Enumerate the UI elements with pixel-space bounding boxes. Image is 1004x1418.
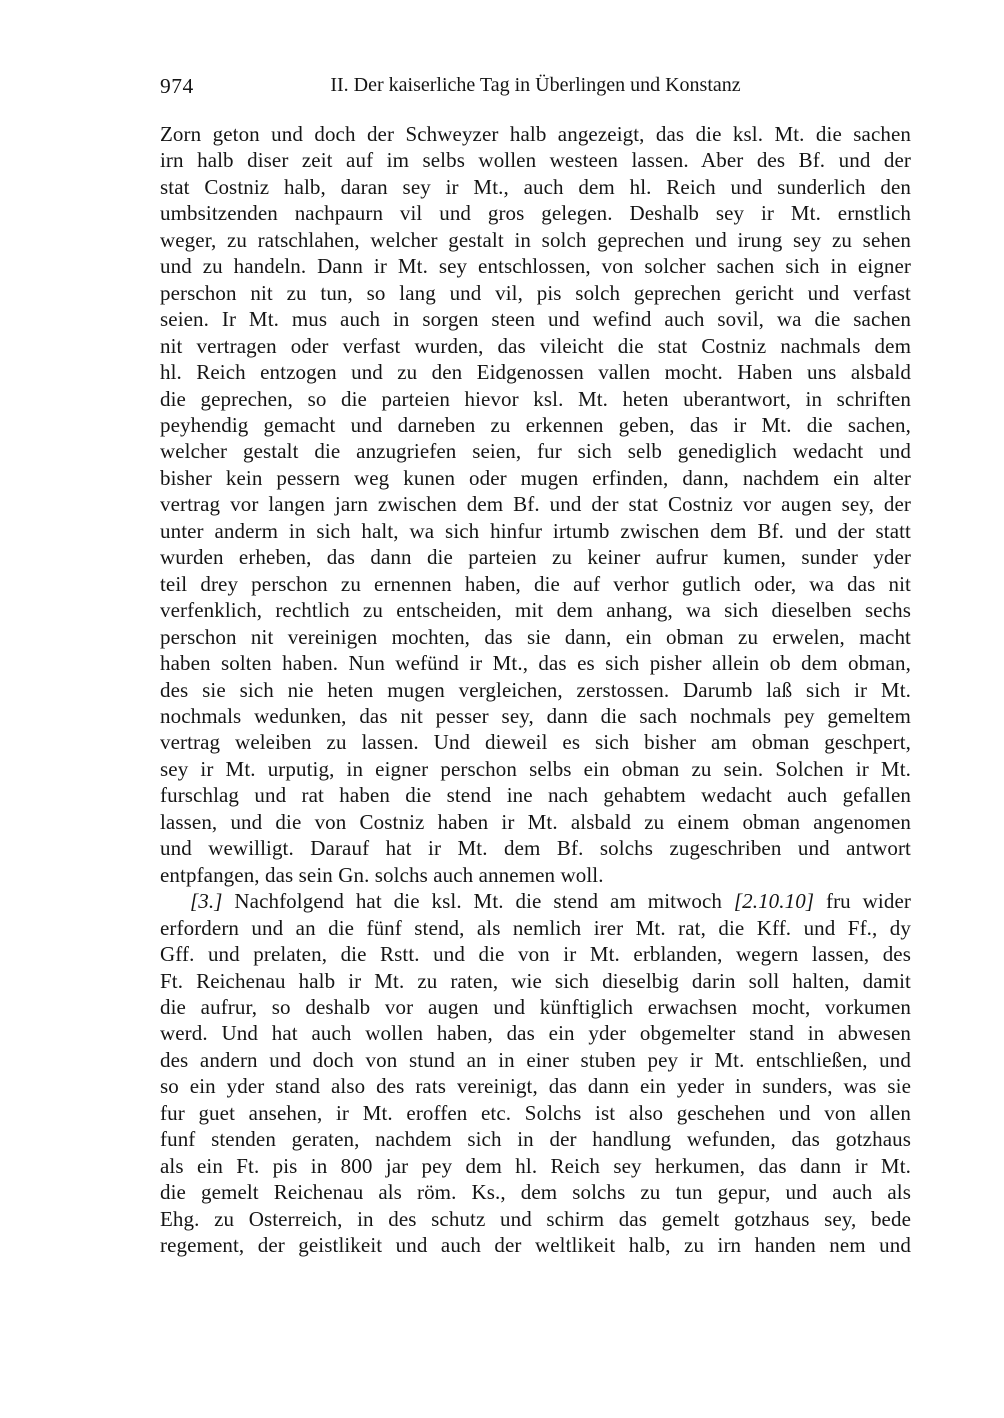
text-line: lassen, und die von Costniz haben ir Mt.…	[160, 809, 911, 835]
paragraph: Zorn geton und doch der Schweyzer halb a…	[160, 121, 911, 888]
text-line: als ein Ft. pis in 800 jar pey dem hl. R…	[160, 1153, 911, 1179]
text-line: funf stenden geraten, nachdem sich in de…	[160, 1126, 911, 1152]
text-line: und wewilligt. Darauf hat ir Mt. dem Bf.…	[160, 835, 911, 861]
text-line: des sie sich nie heten mugen vergleichen…	[160, 677, 911, 703]
text-line: und zu handeln. Dann ir Mt. sey entschlo…	[160, 253, 911, 279]
text-line: die gemelt Reichenau als röm. Ks., dem s…	[160, 1179, 911, 1205]
text-line: regement, der geistlikeit und auch der w…	[160, 1232, 911, 1258]
text-line: werd. Und hat auch wollen haben, das ein…	[160, 1020, 911, 1046]
text-line: irn halb diser zeit auf im selbs wollen …	[160, 147, 911, 173]
text-line: erfordern und an die fünf stend, als nem…	[160, 915, 911, 941]
text-line: des andern und doch von stund an in eine…	[160, 1047, 911, 1073]
text-line: unter anderm in sich halt, wa sich hinfu…	[160, 518, 911, 544]
text-line: so ein yder stand also des rats vereinig…	[160, 1073, 911, 1099]
text-line: vertrag weleiben zu lassen. Und dieweil …	[160, 729, 911, 755]
text-line: nit vertragen oder verfast wurden, das v…	[160, 333, 911, 359]
paragraph: [3.] Nachfolgend hat die ksl. Mt. die st…	[160, 888, 911, 1258]
text-line: sey ir Mt. urputig, in eigner perschon s…	[160, 756, 911, 782]
text-line: entpfangen, das sein Gn. solchs auch ann…	[160, 862, 911, 888]
text-line: vertrag vor langen jarn zwischen dem Bf.…	[160, 491, 911, 517]
text-line: Zorn geton und doch der Schweyzer halb a…	[160, 121, 911, 147]
text-line: perschon nit zu tun, so lang und vil, pi…	[160, 280, 911, 306]
text-line: hl. Reich entzogen und zu den Eidgenosse…	[160, 359, 911, 385]
text-line: die aufrur, so deshalb vor augen und kün…	[160, 994, 911, 1020]
text-line: welcher gestalt die anzugriefen seien, f…	[160, 438, 911, 464]
text-line: umbsitzenden nachpaurn vil und gros gele…	[160, 200, 911, 226]
text-line: stat Costniz halb, daran sey ir Mt., auc…	[160, 174, 911, 200]
text-line: weger, zu ratschlahen, welcher gestalt i…	[160, 227, 911, 253]
text-line: Ft. Reichenau halb ir Mt. zu raten, wie …	[160, 968, 911, 994]
text-line: teil drey perschon zu ernennen haben, di…	[160, 571, 911, 597]
text-line: perschon nit vereinigen mochten, das sie…	[160, 624, 911, 650]
text-line: seien. Ir Mt. mus auch in sorgen steen u…	[160, 306, 911, 332]
text-line: furschlag und rat haben die stend ine na…	[160, 782, 911, 808]
text-line: wurden erheben, das dann die parteien zu…	[160, 544, 911, 570]
running-title: II. Der kaiserliche Tag in Überlingen un…	[160, 74, 911, 97]
text-line: verfenklich, rechtlich zu entscheiden, m…	[160, 597, 911, 623]
italic-editorial-marker: [3.]	[190, 889, 223, 913]
text-line: die geprechen, so die parteien hievor ks…	[160, 386, 911, 412]
book-page: 974 II. Der kaiserliche Tag in Überlinge…	[0, 0, 1004, 1418]
text-line: Ehg. zu Osterreich, in des schutz und sc…	[160, 1206, 911, 1232]
text-line: haben solten haben. Nun wefünd ir Mt., d…	[160, 650, 911, 676]
text-line: bisher kein pessern weg kunen oder mugen…	[160, 465, 911, 491]
page-number: 974	[160, 74, 194, 99]
text-line: peyhendig gemacht und darneben zu erkenn…	[160, 412, 911, 438]
italic-editorial-marker: [2.10.10]	[734, 889, 814, 913]
text-line: fur guet ansehen, ir Mt. eroffen etc. So…	[160, 1100, 911, 1126]
text-line: Gff. und prelaten, die Rstt. und die von…	[160, 941, 911, 967]
page-header: 974 II. Der kaiserliche Tag in Überlinge…	[160, 74, 911, 104]
text-body: Zorn geton und doch der Schweyzer halb a…	[160, 121, 911, 1258]
text-line: nochmals wedunken, das nit pesser sey, d…	[160, 703, 911, 729]
text-line: [3.] Nachfolgend hat die ksl. Mt. die st…	[160, 888, 911, 914]
